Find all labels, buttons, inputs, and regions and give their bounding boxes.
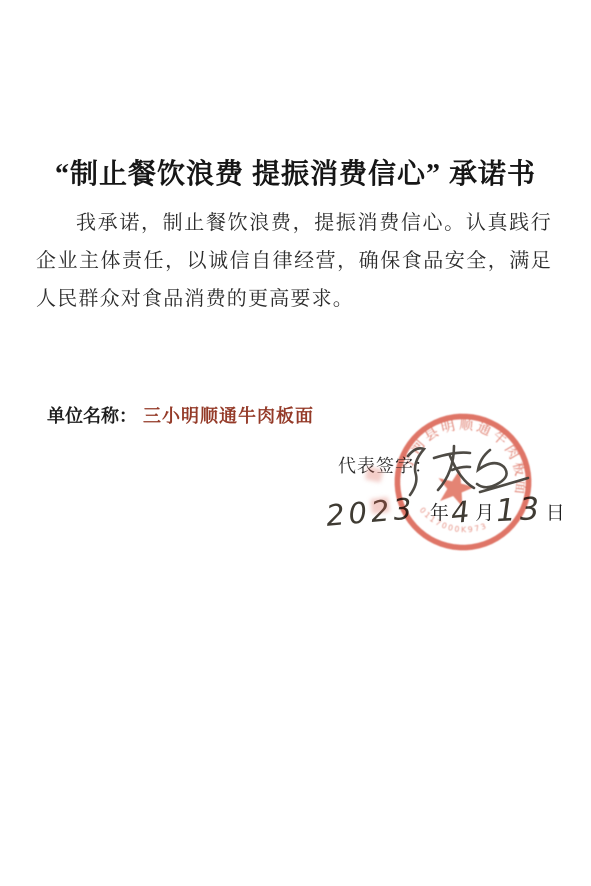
document-title: “制止餐饮浪费 提振消费信心” 承诺书 [0,152,591,192]
day-character: 日 [546,498,565,525]
commitment-paragraph: 我承诺，制止餐饮浪费，提振消费信心。认真践行企业主体责任，以诚信自律经营，确保食… [36,204,552,318]
unit-name-value: 三小明顺通牛肉板面 [143,406,314,426]
unit-name-row: 单位名称：三小明顺通牛肉板面 [47,402,314,428]
handwritten-signature [394,434,544,512]
unit-name-label: 单位名称： [47,406,137,426]
commitment-letter-page: “制止餐饮浪费 提振消费信心” 承诺书 我承诺，制止餐饮浪费，提振消费信心。认真… [0,0,591,886]
